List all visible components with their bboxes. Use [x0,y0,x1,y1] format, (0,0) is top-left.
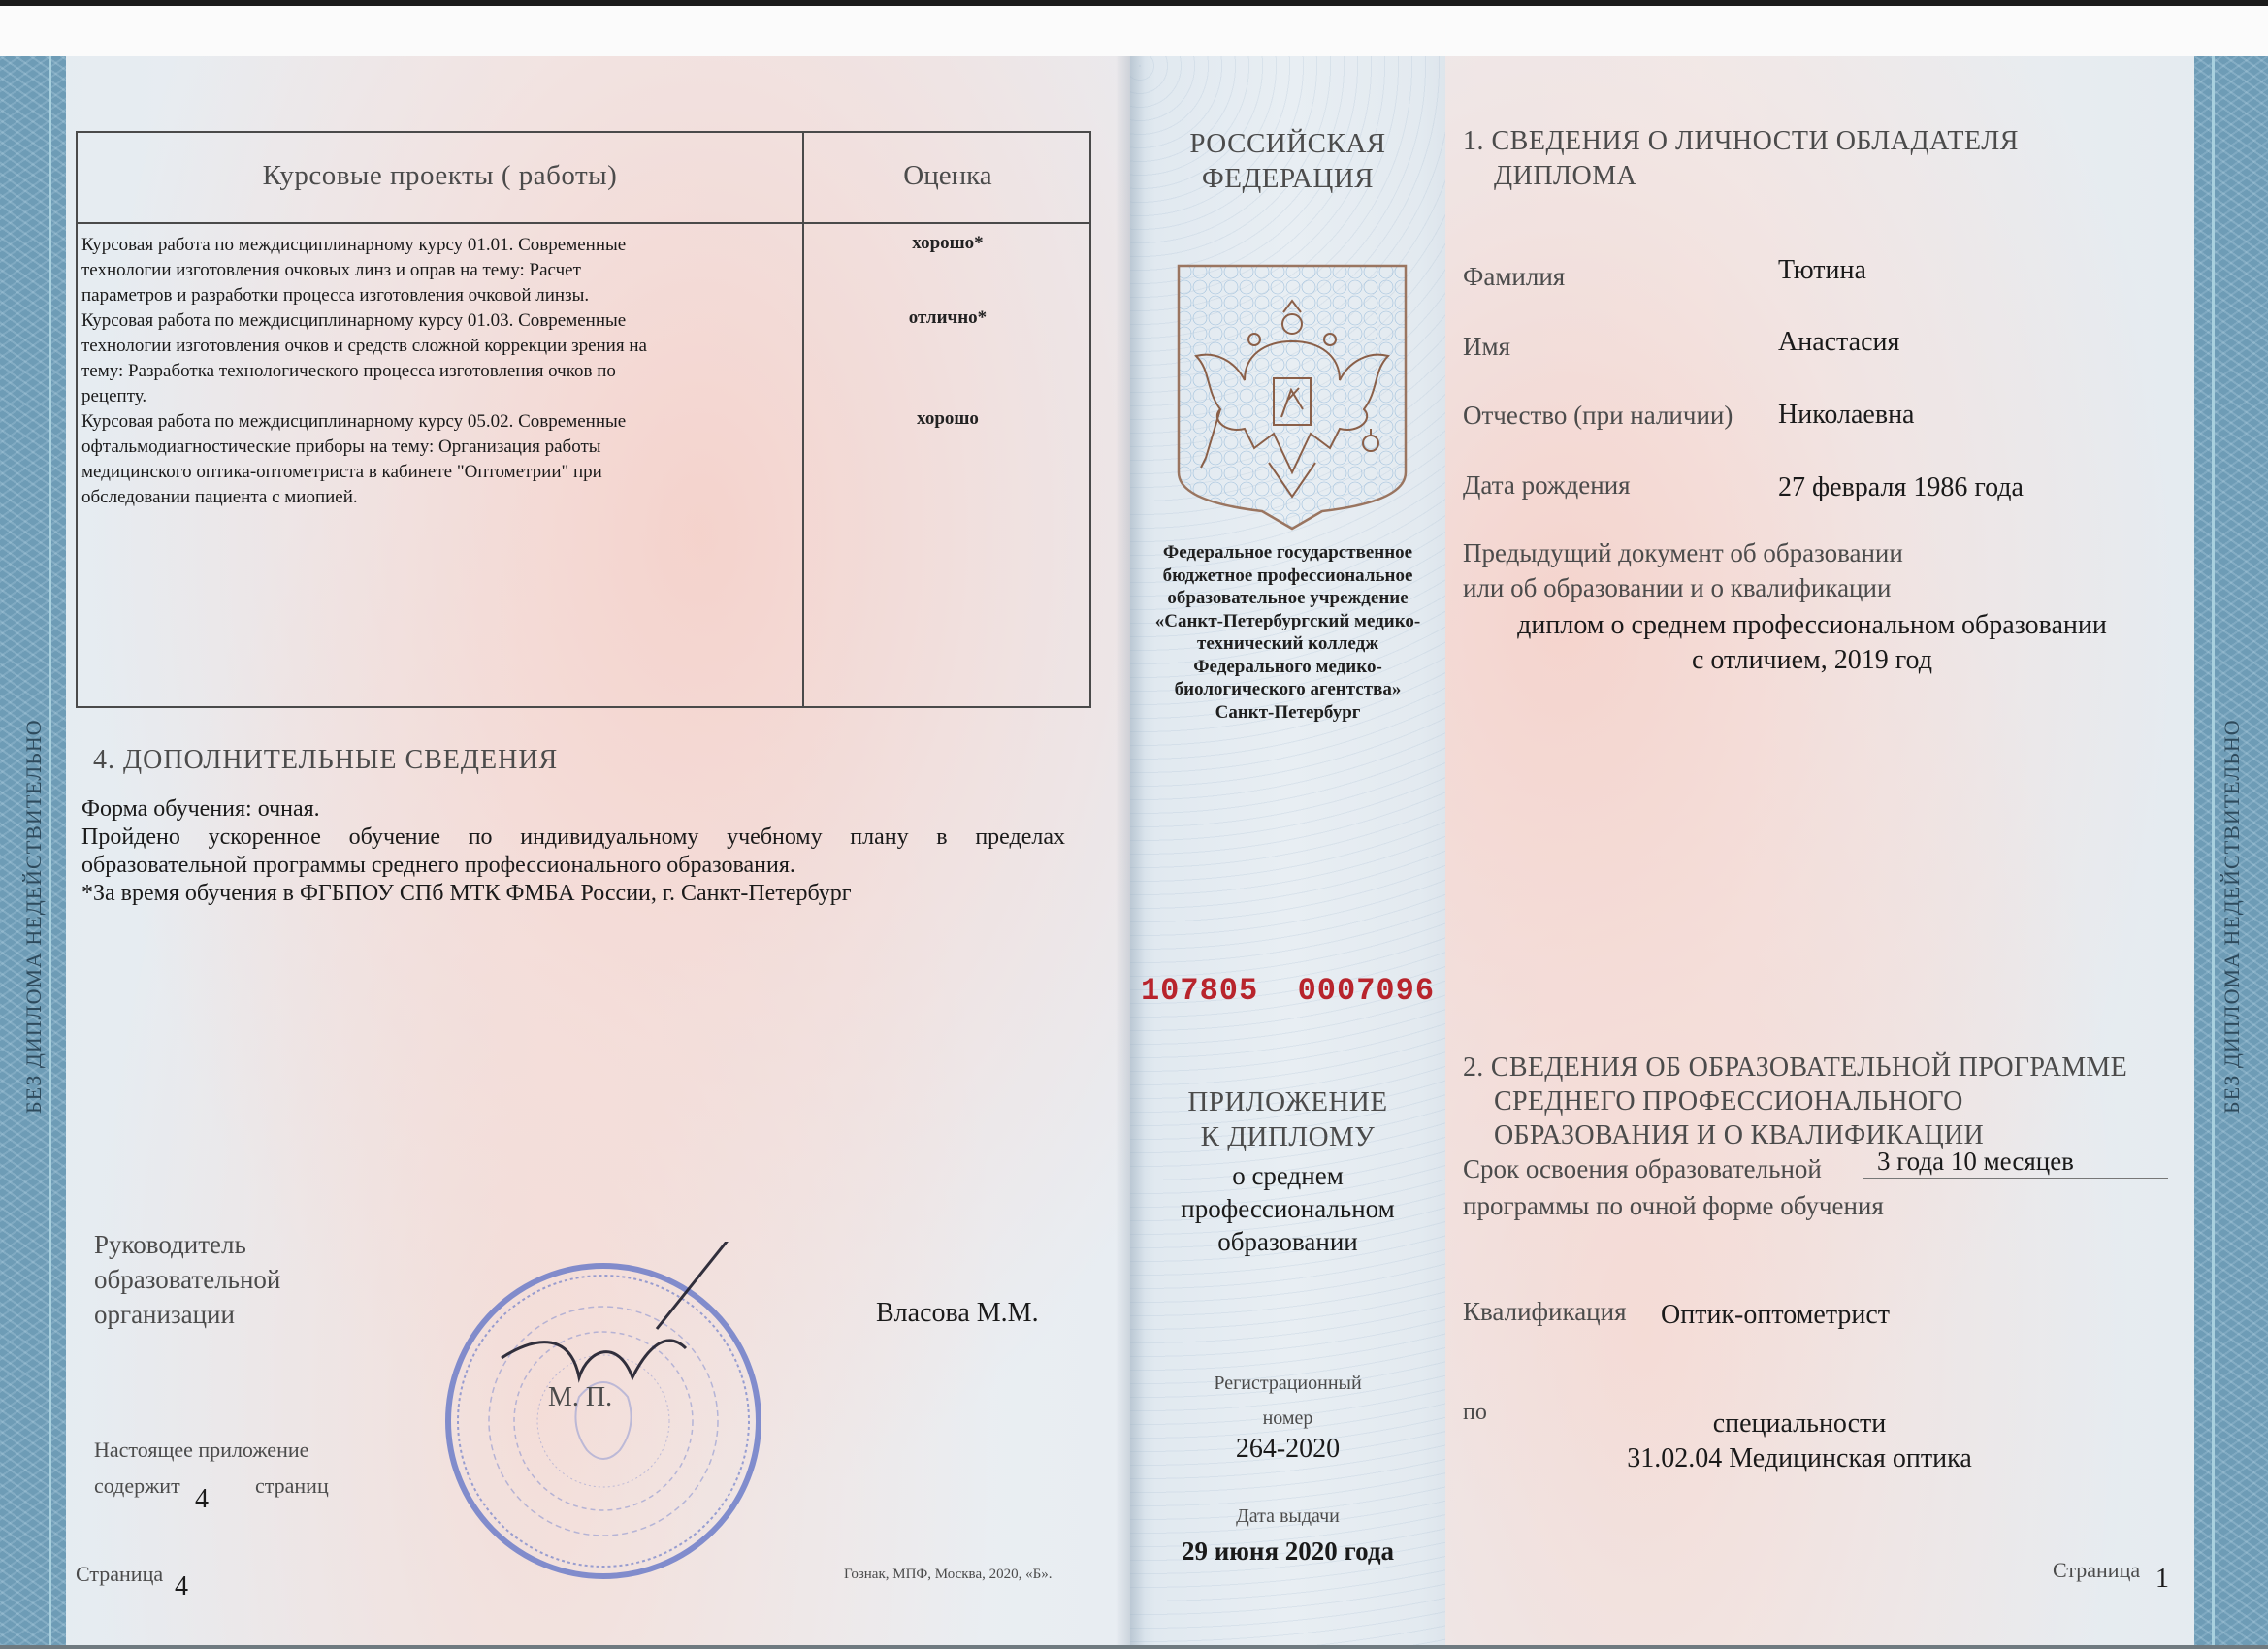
supplement-title-line: К ДИПЛОМУ [1130,1119,1445,1154]
pages-note-line1: Настоящее приложение [94,1438,308,1463]
page-label: Страница [76,1562,163,1587]
prev-value-line: с отличием, 2019 год [1463,643,2161,678]
accelerated-note-line2: образовательной программы среднего профе… [81,852,1065,880]
right-band-text: БЕЗ ДИПЛОМА НЕДЕЙСТВИТЕЛЬНО [2219,719,2245,1114]
page-label: Страница [2053,1558,2140,1583]
printer-imprint: Гознак, МПФ, Москва, 2020, «Б». [844,1567,1052,1583]
country-line: ФЕДЕРАЦИЯ [1130,161,1445,196]
duration-value: 3 года 10 месяцев [1877,1147,2074,1177]
birth-date-value: 27 февраля 1986 года [1778,472,2024,503]
header-course-projects: Курсовые проекты ( работы) [78,160,802,192]
specialty-line: 31.02.04 Медицинская оптика [1542,1441,2057,1476]
duration-underline [1863,1178,2168,1179]
project-line: технологии изготовления очковых линз и о… [81,258,799,283]
table-row: Курсовая работа по междисциплинарному ку… [81,308,799,409]
issue-date-label: Дата выдачи [1130,1505,1445,1528]
pages-count: 4 [195,1484,209,1515]
accelerated-note-line1: Пройдено ускоренное обучение по индивиду… [81,824,1065,852]
head-name: Власова М.М. [876,1298,1039,1329]
table-row: Курсовая работа по междисциплинарному ку… [81,409,799,510]
organization-name: Федеральное государственное бюджетное пр… [1130,541,1445,724]
duration-label: Срок освоения образовательной [1463,1154,1822,1184]
country-title: РОССИЙСКАЯ ФЕДЕРАЦИЯ [1130,126,1445,196]
patronymic-label: Отчество (при наличии) [1463,401,1733,431]
course-projects-table: Курсовые проекты ( работы) Оценка Курсов… [76,131,1091,708]
first-name-value: Анастасия [1778,327,1899,358]
org-line: Санкт-Петербург [1130,701,1445,725]
org-line: образовательное учреждение [1130,587,1445,610]
supplement-title-line: ПРИЛОЖЕНИЕ [1130,1084,1445,1119]
seal-place-label: М. П. [548,1382,612,1413]
page-number: 1 [2155,1564,2169,1595]
grade-value: хорошо* [804,233,1091,254]
section4-title: 4. ДОПОЛНИТЕЛЬНЫЕ СВЕДЕНИЯ [93,745,558,776]
specialty-by-label: по [1463,1400,1487,1426]
previous-document-value: диплом о среднем профессиональном образо… [1463,608,2161,678]
footnote: *За время обучения в ФГБПОУ СПб МТК ФМБА… [81,880,1065,908]
org-line: Федеральное государственное [1130,541,1445,565]
birth-date-label: Дата рождения [1463,470,1631,501]
reg-label-line: Регистрационный [1130,1366,1445,1401]
surname-value: Тютина [1778,255,1866,286]
label-line: Руководитель [94,1227,280,1262]
page-number: 4 [175,1571,188,1602]
registration-number: 264-2020 [1130,1434,1445,1465]
patronymic-value: Николаевна [1778,400,1914,431]
org-line: технический колледж [1130,632,1445,656]
left-band-text: БЕЗ ДИПЛОМА НЕДЕЙСТВИТЕЛЬНО [21,719,47,1114]
qualification-label: Квалификация [1463,1297,1627,1327]
table-row: Курсовая работа по междисциплинарному ку… [81,233,799,308]
left-security-band: БЕЗ ДИПЛОМА НЕДЕЙСТВИТЕЛЬНО [0,56,66,1645]
prev-value-line: диплом о среднем профессиональном образо… [1463,608,2161,643]
project-line: параметров и разработки процесса изготов… [81,283,799,308]
scan-top-margin [0,6,2268,56]
supplement-sub-line: профессиональном [1130,1192,1445,1225]
project-line: тему: Разработка технологического процес… [81,359,799,384]
label-line: организации [94,1297,280,1332]
grade-value: отлично* [804,307,1091,329]
section4-body: Форма обучения: очная. Пройдено ускоренн… [81,795,1065,908]
project-line: технологии изготовления очков и средств … [81,334,799,359]
supplement-title: ПРИЛОЖЕНИЕ К ДИПЛОМУ [1130,1084,1445,1154]
section2-title: 2. СВЕДЕНИЯ ОБ ОБРАЗОВАТЕЛЬНОЙ ПРОГРАММЕ… [1463,1051,2127,1152]
duration-label-cont: программы по очной форме обучения [1463,1191,1884,1221]
specialty-value: специальности 31.02.04 Медицинская оптик… [1542,1406,2057,1476]
right-security-band: БЕЗ ДИПЛОМА НЕДЕЙСТВИТЕЛЬНО [2194,56,2268,1645]
supplement-sub-line: образовании [1130,1225,1445,1258]
section2-title-line: СРЕДНЕГО ПРОФЕССИОНАЛЬНОГО [1463,1084,2127,1118]
section2-title-line: 2. СВЕДЕНИЯ ОБ ОБРАЗОВАТЕЛЬНОЙ ПРОГРАММЕ [1463,1051,2127,1084]
serial-number: 107805 0007096 [1130,973,1445,1009]
project-line: медицинского оптика-оптометриста в кабин… [81,460,799,485]
projects-cell: Курсовая работа по междисциплинарному ку… [81,233,799,510]
surname-label: Фамилия [1463,262,1565,292]
first-name-label: Имя [1463,332,1510,362]
org-line: бюджетное профессиональное [1130,565,1445,588]
pages-note-contains: содержит [94,1473,180,1499]
prev-label-line: или об образовании и о квалификации [1463,570,1903,605]
table-header-divider [78,222,1089,224]
prev-label-line: Предыдущий документ об образовании [1463,535,1903,570]
section1-title: 1. СВЕДЕНИЯ О ЛИЧНОСТИ ОБЛАДАТЕЛЯ ДИПЛОМ… [1463,124,2019,194]
specialty-line: специальности [1542,1406,2057,1441]
section1-title-line: ДИПЛОМА [1463,159,2019,194]
project-line: Курсовая работа по междисциплинарному ку… [81,409,799,435]
study-form: Форма обучения: очная. [81,795,1065,824]
grade-value: хорошо [804,408,1091,430]
project-line: рецепту. [81,384,799,409]
previous-document-label: Предыдущий документ об образовании или о… [1463,535,1903,605]
org-line: биологического агентства» [1130,678,1445,701]
pages-word: страниц [255,1473,329,1499]
supplement-sub-line: о среднем [1130,1159,1445,1192]
org-line: «Санкт-Петербургский медико- [1130,610,1445,633]
project-line: офтальмодиагностические приборы на тему:… [81,435,799,460]
org-line: Федерального медико- [1130,656,1445,679]
reg-label-line: номер [1130,1401,1445,1436]
project-line: Курсовая работа по междисциплинарному ку… [81,308,799,334]
registration-number-label: Регистрационный номер [1130,1366,1445,1436]
issue-date: 29 июня 2020 года [1130,1536,1445,1567]
qualification-value: Оптик-оптометрист [1661,1300,1890,1331]
project-line: Курсовая работа по междисциплинарному ку… [81,233,799,258]
supplement-subtitle: о среднем профессиональном образовании [1130,1159,1445,1258]
project-line: обследовании пациента с миопией. [81,485,799,510]
header-grade: Оценка [804,160,1091,192]
section1-title-line: 1. СВЕДЕНИЯ О ЛИЧНОСТИ ОБЛАДАТЕЛЯ [1463,124,2019,159]
coat-of-arms-icon [1177,264,1408,531]
serial-text: 107805 0007096 [1141,973,1435,1009]
head-of-organization-label: Руководитель образовательной организации [94,1227,280,1332]
country-line: РОССИЙСКАЯ [1130,126,1445,161]
label-line: образовательной [94,1262,280,1297]
scan-bottom-edge [0,1645,2268,1649]
